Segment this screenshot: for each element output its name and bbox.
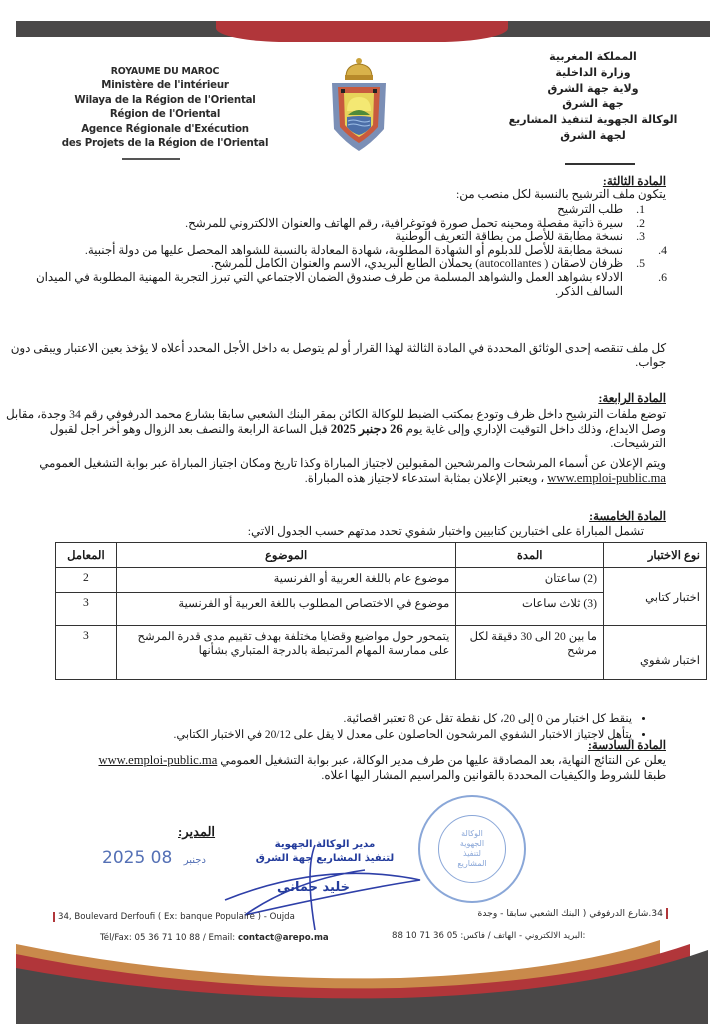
header-ar-line: وزارة الداخلية (478, 66, 708, 81)
cell-subject: موضوع في الاختصاص المطلوب باللغة العربية… (116, 593, 456, 626)
deadline-date: 26 دجنبر 2025 (331, 422, 403, 436)
article5-title: المادة الخامسة: (589, 510, 666, 524)
bullet-item: يتأهل لاجتياز الاختبار الشفوي المرشحون ا… (173, 727, 632, 743)
footer-address-ar: 34.شارع الدرفوفي ( البنك الشعبي سابقا - … (478, 908, 669, 919)
header-arabic: المملكة المغربية وزارة الداخلية ولاية جه… (478, 50, 708, 145)
header-ar-line: لجهة الشرق (478, 129, 708, 144)
cell-type-oral: اختبار شفوي (603, 626, 706, 680)
article4-paragraph2: ويتم الإعلان عن أسماء المرشحات والمرشحين… (6, 456, 666, 485)
list-item: 1.طلب الترشيح (25, 203, 645, 217)
article4-title: المادة الرابعة: (598, 392, 666, 406)
signatory-name: خليد حماني (277, 880, 350, 895)
header-fr-line: Wilaya de la Région de l'Oriental (40, 94, 290, 108)
table-header-row: نوع الاختبار المدة الموضوع المعامل (56, 543, 707, 568)
article3-list: 1.طلب الترشيح 2.سيرة ذاتية مفصلة ومحينه … (25, 203, 645, 298)
cell-coefficient: 3 (56, 593, 117, 626)
director-label: المدير: (178, 824, 215, 840)
header-band-red (216, 21, 508, 42)
footer-address-fr: 34, Boulevard Derfoufi ( Ex: banque Popu… (53, 912, 295, 922)
header-type: نوع الاختبار (603, 543, 706, 568)
header-fr-line: Ministère de l'intérieur (40, 79, 290, 93)
table-row: اختبار كتابي (2) ساعتان موضوع عام باللغة… (56, 568, 707, 593)
emploi-public-link[interactable]: www.emploi-public.ma (547, 471, 666, 485)
article4-paragraph1: توضع ملفات الترشيح داخل ظرف وتودع بمكتب … (6, 407, 666, 451)
header-ar-line: المملكة المغربية (478, 50, 708, 65)
cell-type-written: اختبار كتابي (603, 568, 706, 626)
exam-table: نوع الاختبار المدة الموضوع المعامل اختبا… (55, 542, 707, 680)
table-row: اختبار شفوي ما بين 20 الى 30 دقيقة لكل م… (56, 626, 707, 680)
article6-paragraph: يعلن عن النتائج النهاية، بعد المصادقة عل… (26, 753, 666, 783)
header-divider-left (122, 158, 180, 160)
article3-note: كل ملف تنقصه إحدى الوثائق المحددة في الم… (6, 342, 666, 369)
header-coefficient: المعامل (56, 543, 117, 568)
header-ar-line: الوكالة الجهوية لتنفيذ المشاريع (478, 113, 708, 128)
cell-subject: يتمحور حول مواضيع وقضايا مختلفة بهدف تقي… (116, 626, 456, 680)
header-subject: الموضوع (116, 543, 456, 568)
footer-wave-decoration (0, 940, 720, 1024)
header-fr-line: des Projets de la Région de l'Oriental (40, 137, 290, 151)
cell-subject: موضوع عام باللغة العربية أو الفرنسية (116, 568, 456, 593)
list-item: 4.نسخة مطابقة للأصل للدبلوم أو الشهادة ا… (25, 244, 645, 258)
list-item: 3.نسخة مطابقة للأصل من بطاقة التعريف الو… (25, 230, 645, 244)
header-fr-line: Région de l'Oriental (40, 108, 290, 122)
list-item: 5.ظرفان لاصقان ( autocollantes) يحملان ا… (25, 257, 645, 271)
signature-date: 2025 دجنبر 08 (102, 848, 212, 868)
official-stamp-icon: الوكالة الجهوية لتنفيذ المشاريع (418, 795, 526, 903)
list-item: 6.الادلاء بشواهد العمل والشواهد المسلمة … (25, 271, 645, 298)
header-french: ROYAUME DU MAROC Ministère de l'intérieu… (40, 65, 290, 151)
header-ar-line: جهة الشرق (478, 97, 708, 112)
header-duration: المدة (456, 543, 604, 568)
bullet-item: ينقط كل اختبار من 0 إلى 20، كل نقطة تقل … (173, 711, 632, 727)
header-ar-line: ولاية جهة الشرق (478, 82, 708, 97)
emploi-public-link[interactable]: www.emploi-public.ma (98, 753, 217, 767)
cell-coefficient: 3 (56, 626, 117, 680)
article5-bullets: ينقط كل اختبار من 0 إلى 20، كل نقطة تقل … (173, 711, 632, 743)
cell-coefficient: 2 (56, 568, 117, 593)
cell-duration: (3) ثلاث ساعات (456, 593, 604, 626)
cell-duration: ما بين 20 الى 30 دقيقة لكل مرشح (456, 626, 604, 680)
article6-title: المادة السادسة: (588, 739, 666, 753)
header-fr-line: ROYAUME DU MAROC (40, 65, 290, 79)
article5-intro: تشمل المباراة على اختبارين كتابيين واختب… (248, 525, 644, 539)
coat-of-arms-icon (326, 55, 392, 155)
header-fr-line: Agence Régionale d'Exécution (40, 123, 290, 137)
header-divider-right (565, 163, 635, 165)
article3-intro: يتكون ملف الترشيح بالنسبة لكل منصب من: (456, 188, 666, 202)
cell-duration: (2) ساعتان (456, 568, 604, 593)
